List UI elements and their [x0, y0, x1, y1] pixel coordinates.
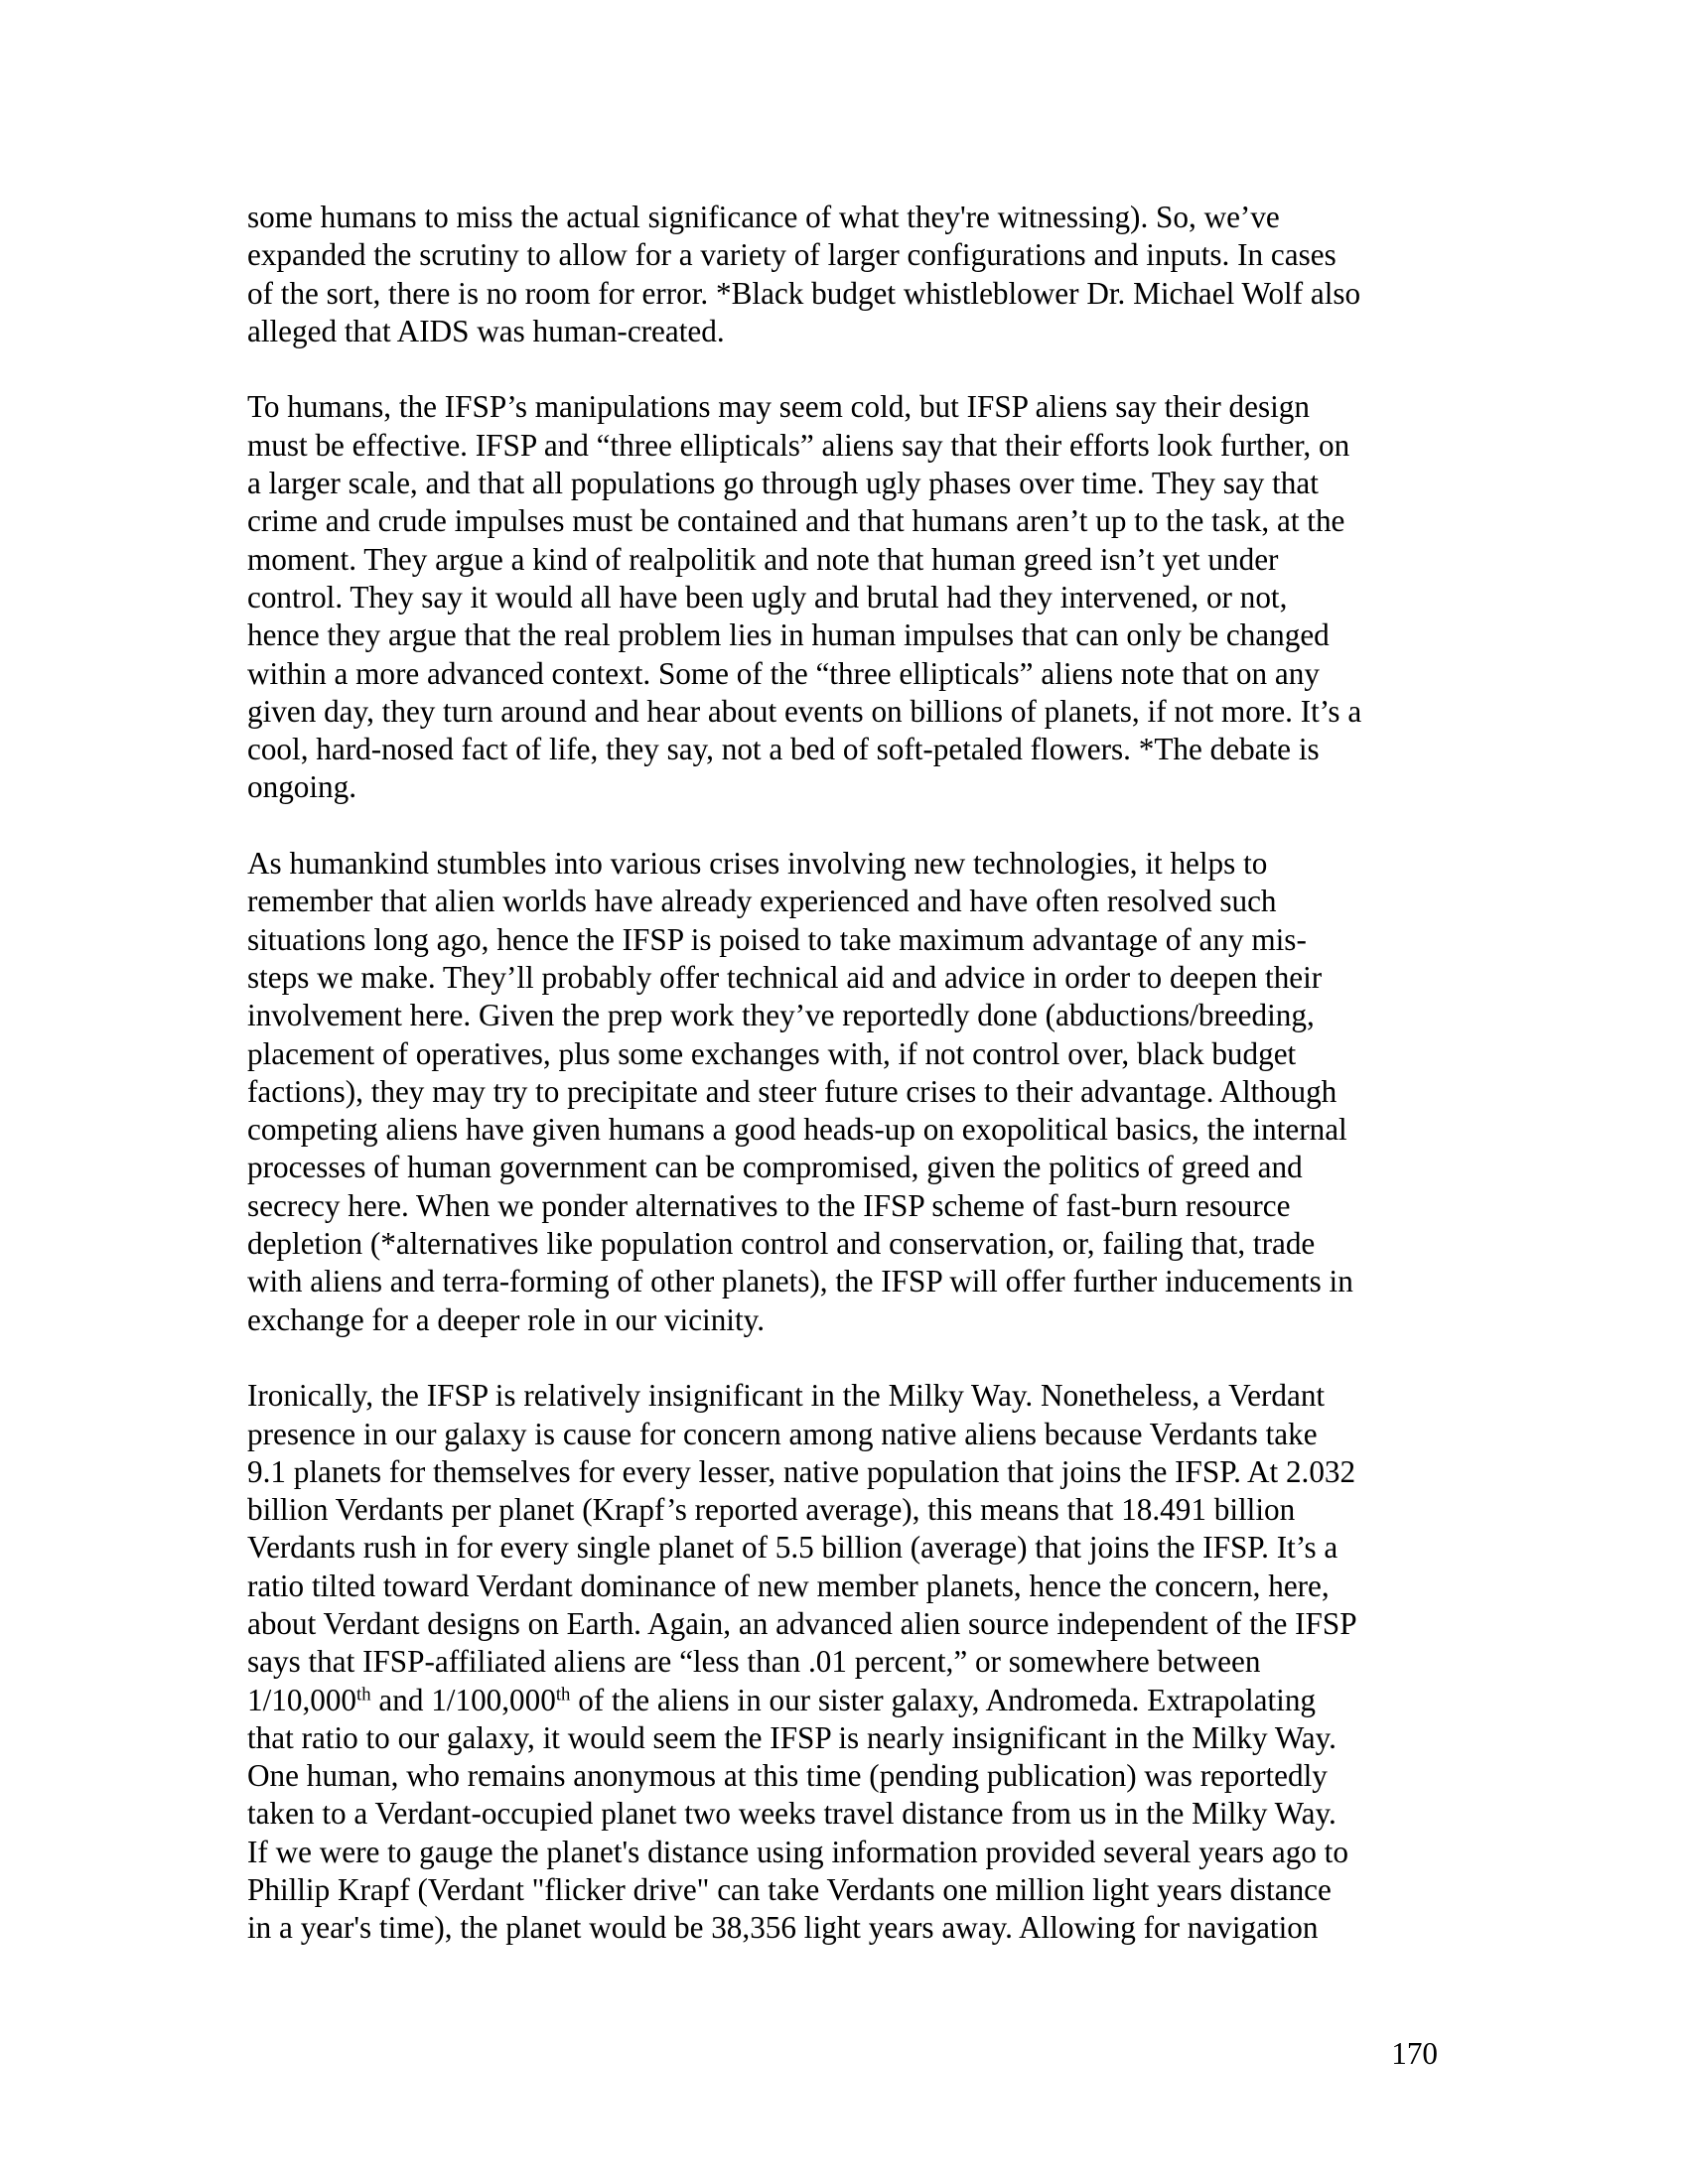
ordinal-superscript: th — [556, 1684, 571, 1705]
text-line: competing aliens have given humans a goo… — [247, 1111, 1439, 1149]
text-line: Ironically, the IFSP is relatively insig… — [247, 1377, 1439, 1415]
text-line: within a more advanced context. Some of … — [247, 655, 1439, 693]
text-line: with aliens and terra-forming of other p… — [247, 1263, 1439, 1300]
text-line: of the sort, there is no room for error.… — [247, 275, 1439, 313]
text-line: cool, hard-nosed fact of life, they say,… — [247, 731, 1439, 768]
text-line: depletion (*alternatives like population… — [247, 1225, 1439, 1263]
text-line: crime and crude impulses must be contain… — [247, 502, 1439, 540]
paragraph-1: some humans to miss the actual significa… — [247, 199, 1439, 350]
text-line: steps we make. They’ll probably offer te… — [247, 959, 1439, 997]
text-line: Verdants rush in for every single planet… — [247, 1529, 1439, 1567]
text-line: situations long ago, hence the IFSP is p… — [247, 921, 1439, 959]
text-line: about Verdant designs on Earth. Again, a… — [247, 1605, 1439, 1643]
text-line: One human, who remains anonymous at this… — [247, 1757, 1439, 1795]
text-line: given day, they turn around and hear abo… — [247, 693, 1439, 731]
text-line: some humans to miss the actual significa… — [247, 199, 1439, 236]
text-line: a larger scale, and that all populations… — [247, 465, 1439, 502]
paragraph-2: To humans, the IFSP’s manipulations may … — [247, 388, 1439, 806]
text-line: billion Verdants per planet (Krapf’s rep… — [247, 1491, 1439, 1529]
text-line: To humans, the IFSP’s manipulations may … — [247, 388, 1439, 426]
text-line: Phillip Krapf (Verdant "flicker drive" c… — [247, 1871, 1439, 1909]
text-line-with-superscripts: 1/10,000th and 1/100,000th of the aliens… — [247, 1682, 1439, 1719]
text-line: involvement here. Given the prep work th… — [247, 997, 1439, 1034]
text-line: alleged that AIDS was human-created. — [247, 313, 1439, 350]
text-line: expanded the scrutiny to allow for a var… — [247, 236, 1439, 274]
text-line: hence they argue that the real problem l… — [247, 616, 1439, 654]
text-line: placement of operatives, plus some excha… — [247, 1035, 1439, 1073]
text-line: secrecy here. When we ponder alternative… — [247, 1187, 1439, 1225]
text-line: presence in our galaxy is cause for conc… — [247, 1416, 1439, 1453]
text-fragment: of the aliens in our sister galaxy, Andr… — [570, 1683, 1316, 1717]
text-fragment: 1/10,000 — [247, 1683, 356, 1717]
text-line: As humankind stumbles into various crise… — [247, 845, 1439, 883]
text-line: ratio tilted toward Verdant dominance of… — [247, 1568, 1439, 1605]
text-line: factions), they may try to precipitate a… — [247, 1073, 1439, 1111]
text-fragment: and 1/100,000 — [371, 1683, 556, 1717]
paragraph-4: Ironically, the IFSP is relatively insig… — [247, 1377, 1439, 1947]
text-line: processes of human government can be com… — [247, 1149, 1439, 1186]
text-line: 9.1 planets for themselves for every les… — [247, 1453, 1439, 1491]
text-line: taken to a Verdant-occupied planet two w… — [247, 1795, 1439, 1833]
text-line: must be effective. IFSP and “three ellip… — [247, 427, 1439, 465]
text-line: says that IFSP-affiliated aliens are “le… — [247, 1643, 1439, 1681]
page-number: 170 — [1391, 2035, 1438, 2073]
text-line: that ratio to our galaxy, it would seem … — [247, 1719, 1439, 1757]
ordinal-superscript: th — [356, 1684, 371, 1705]
body-text: some humans to miss the actual significa… — [247, 199, 1439, 1985]
text-line: ongoing. — [247, 768, 1439, 806]
text-line: in a year's time), the planet would be 3… — [247, 1909, 1439, 1947]
document-page: some humans to miss the actual significa… — [0, 0, 1688, 2184]
paragraph-3: As humankind stumbles into various crise… — [247, 845, 1439, 1339]
text-line: remember that alien worlds have already … — [247, 883, 1439, 920]
text-line: exchange for a deeper role in our vicini… — [247, 1301, 1439, 1339]
text-line: control. They say it would all have been… — [247, 579, 1439, 616]
text-line: If we were to gauge the planet's distanc… — [247, 1834, 1439, 1871]
text-line: moment. They argue a kind of realpolitik… — [247, 541, 1439, 579]
